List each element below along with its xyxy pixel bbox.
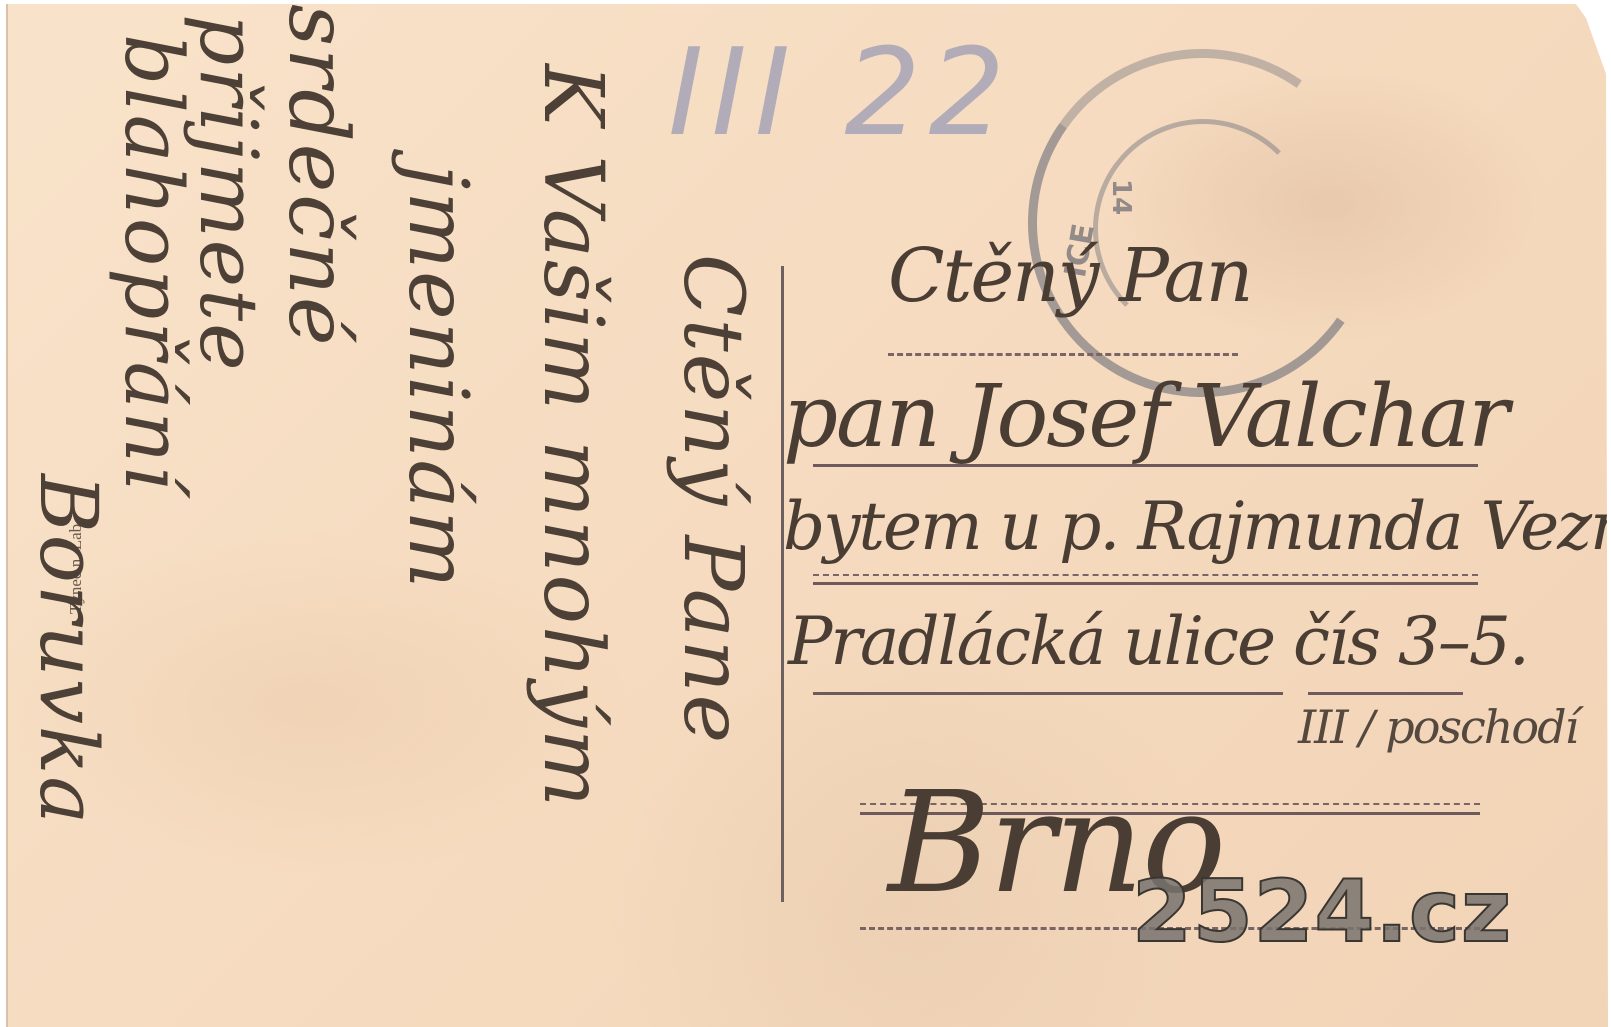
message-line-5: přijmete xyxy=(188,14,268,373)
message-line-6: blahopřání xyxy=(113,34,193,492)
pencil-annotation: III 22 xyxy=(668,24,1013,163)
address-rule-1 xyxy=(888,353,1238,356)
message-line-3: jmeninám xyxy=(396,164,478,590)
address-name: pan Josef Valchar xyxy=(783,374,1507,460)
address-care-of: bytem u p. Rajmunda Vezník xyxy=(783,494,1611,560)
address-rule-4b xyxy=(1308,692,1463,695)
center-divider xyxy=(781,266,784,902)
address-rule-3a xyxy=(813,574,1478,576)
address-rule-3b xyxy=(813,582,1478,585)
address-floor: III / poschodí xyxy=(1298,704,1577,750)
postmark-date: 14 xyxy=(1106,179,1136,215)
address-rule-4 xyxy=(813,692,1283,695)
address-street: Pradlácká ulice čís 3–5. xyxy=(788,609,1528,675)
message-line-4: srdečné xyxy=(276,4,358,348)
message-signature: Boruvka xyxy=(28,474,108,826)
address-salutation: Ctěný Pan xyxy=(888,239,1251,313)
watermark: 2524.cz xyxy=(1132,862,1512,962)
message-line-1: Ctěný Pane xyxy=(671,254,753,745)
message-line-2: K Vašim mnohým xyxy=(531,64,613,809)
